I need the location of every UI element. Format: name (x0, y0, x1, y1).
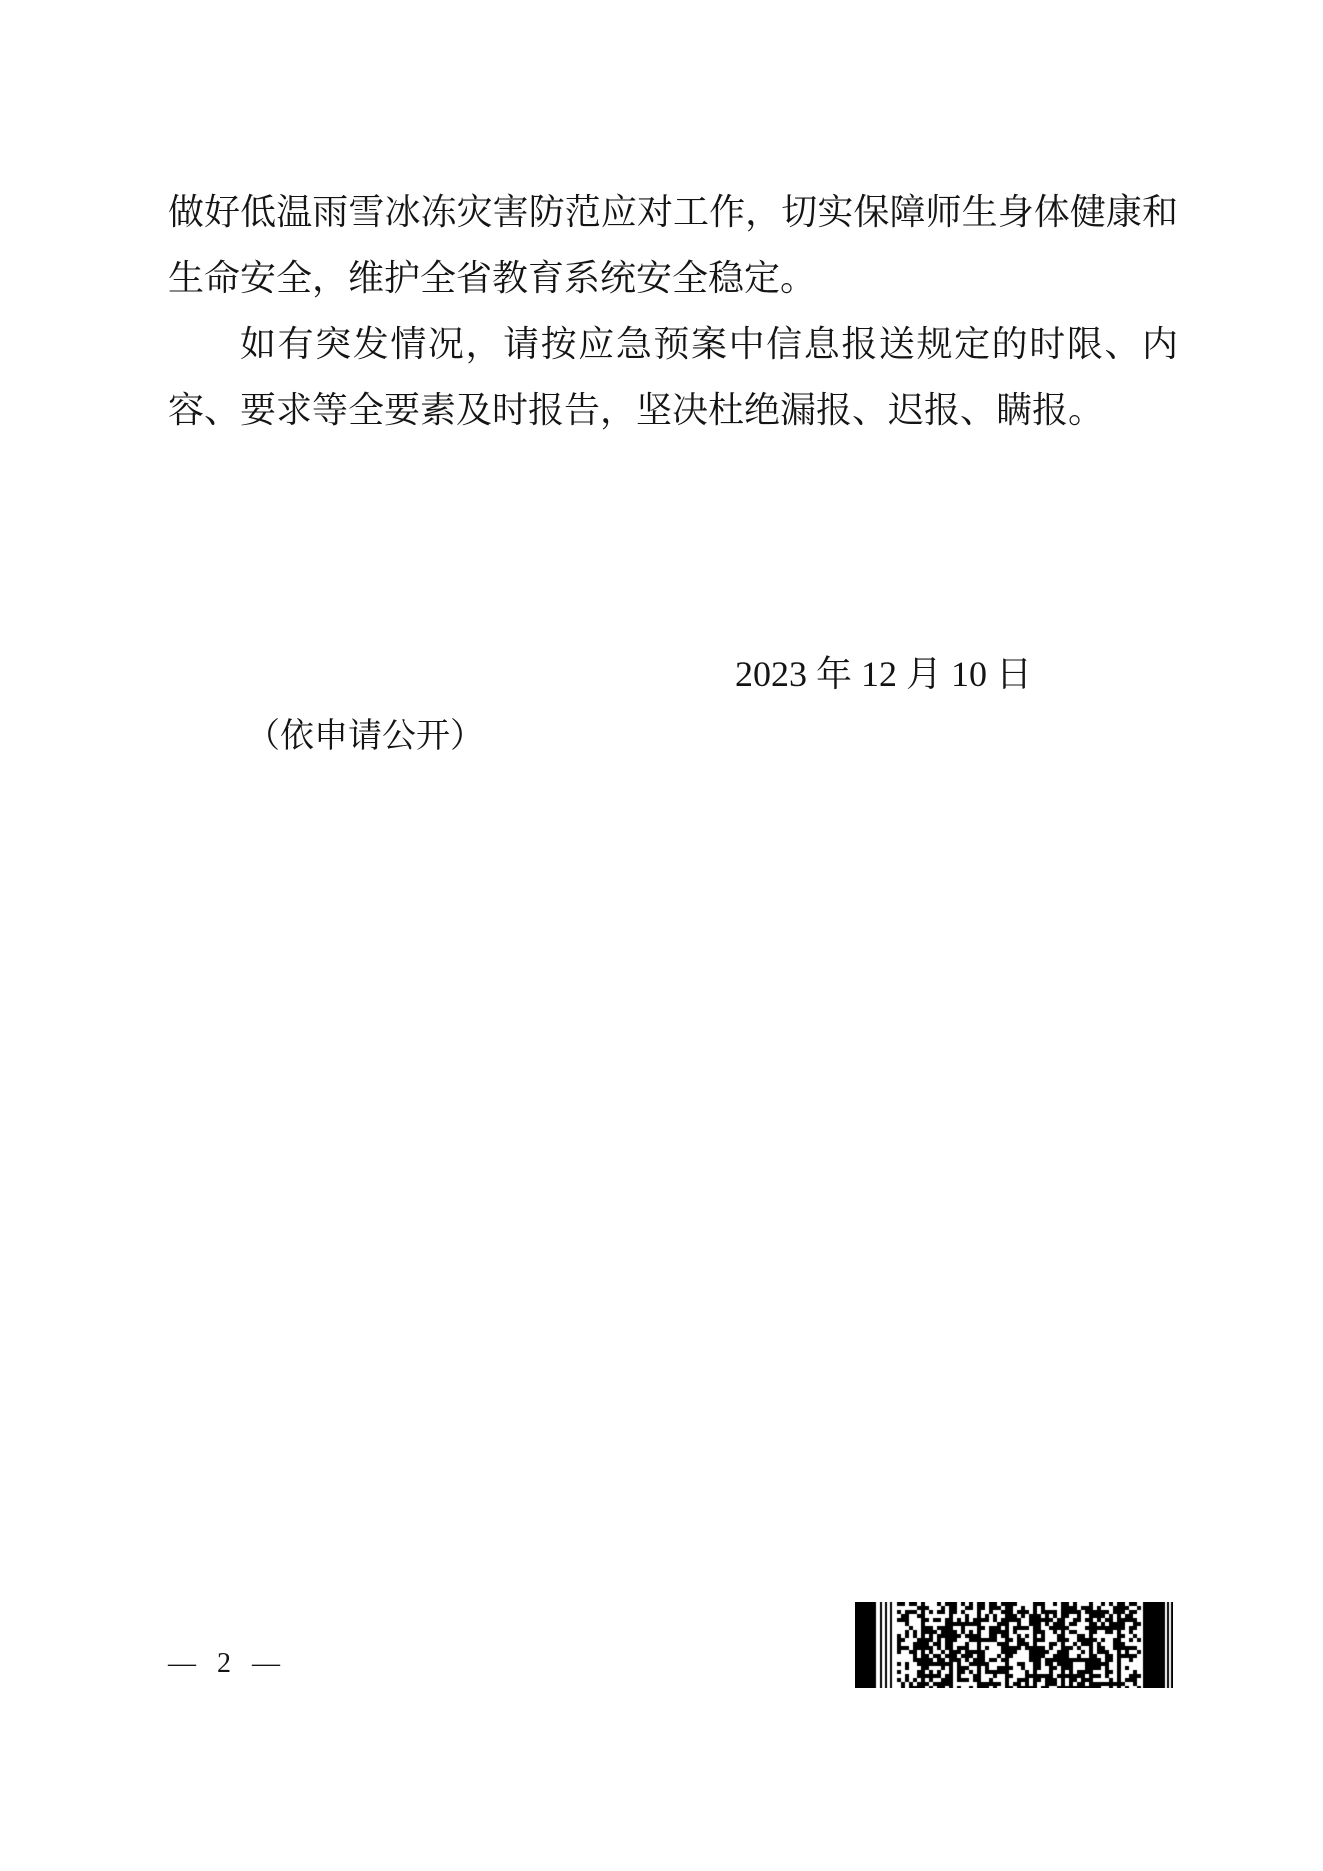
body-paragraph-2: 如有突发情况，请按应急预案中信息报送规定的时限、内容、要求等全要素及时报告，坚决… (168, 311, 1178, 443)
date-line: 2023 年 12 月 10 日 (735, 656, 1032, 692)
disclosure-note: （依申请公开） (246, 717, 484, 758)
document-body: 做好低温雨雪冰冻灾害防范应对工作，切实保障师生身体健康和生命安全，维护全省教育系… (168, 179, 1178, 443)
document-barcode (855, 1602, 1173, 1688)
page-number: — 2 — (168, 1650, 282, 1678)
body-paragraph-1: 做好低温雨雪冰冻灾害防范应对工作，切实保障师生身体健康和生命安全，维护全省教育系… (168, 179, 1178, 311)
document-page: 做好低温雨雪冰冻灾害防范应对工作，切实保障师生身体健康和生命安全，维护全省教育系… (0, 0, 1323, 1871)
